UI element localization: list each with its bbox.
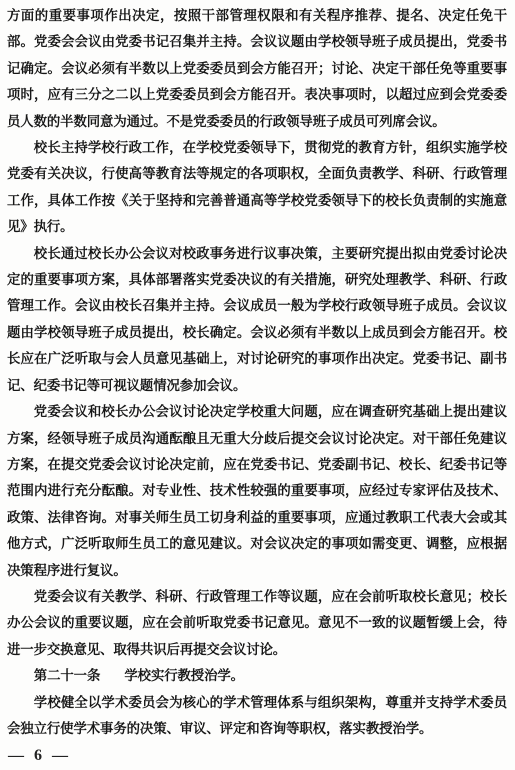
page-footer: — 6 —	[8, 746, 71, 766]
page-number: — 6 —	[8, 747, 71, 764]
article-number: 第二十一条	[34, 668, 100, 683]
paragraph-continued-from-previous-page: 方面的重要事项作出决定，按照干部管理权限和有关程序推荐、提名、决定任免干部。党委…	[7, 3, 507, 135]
paragraph-academic-committee: 学校健全以学术委员会为核心的学术管理体系与组织架构，尊重并支持学术委员会独立行使…	[7, 690, 507, 743]
article-heading: 第二十一条学校实行教授治学。	[7, 663, 507, 689]
paragraph-opinion-consultation: 党委会议有关教学、科研、行政管理工作等议题，应在会前听取校长意见；校长办公会议的…	[7, 584, 507, 663]
paragraph-president-duties: 校长主持学校行政工作，在学校党委领导下，贯彻党的教育方针，组织实施学校党委有关决…	[7, 135, 507, 241]
article-title: 学校实行教授治学。	[124, 668, 244, 683]
paragraph-president-office-meeting: 校长通过校长办公会议对校政事务进行议事决策，主要研究提出拟由党委讨论决定的重要事…	[7, 241, 507, 399]
document-page: 方面的重要事项作出决定，按照干部管理权限和有关程序推荐、提名、决定任免干部。党委…	[0, 0, 515, 770]
paragraph-decision-procedures: 党委会议和校长办公会议讨论决定学校重大问题，应在调查研究基础上提出建议方案，经领…	[7, 399, 507, 584]
